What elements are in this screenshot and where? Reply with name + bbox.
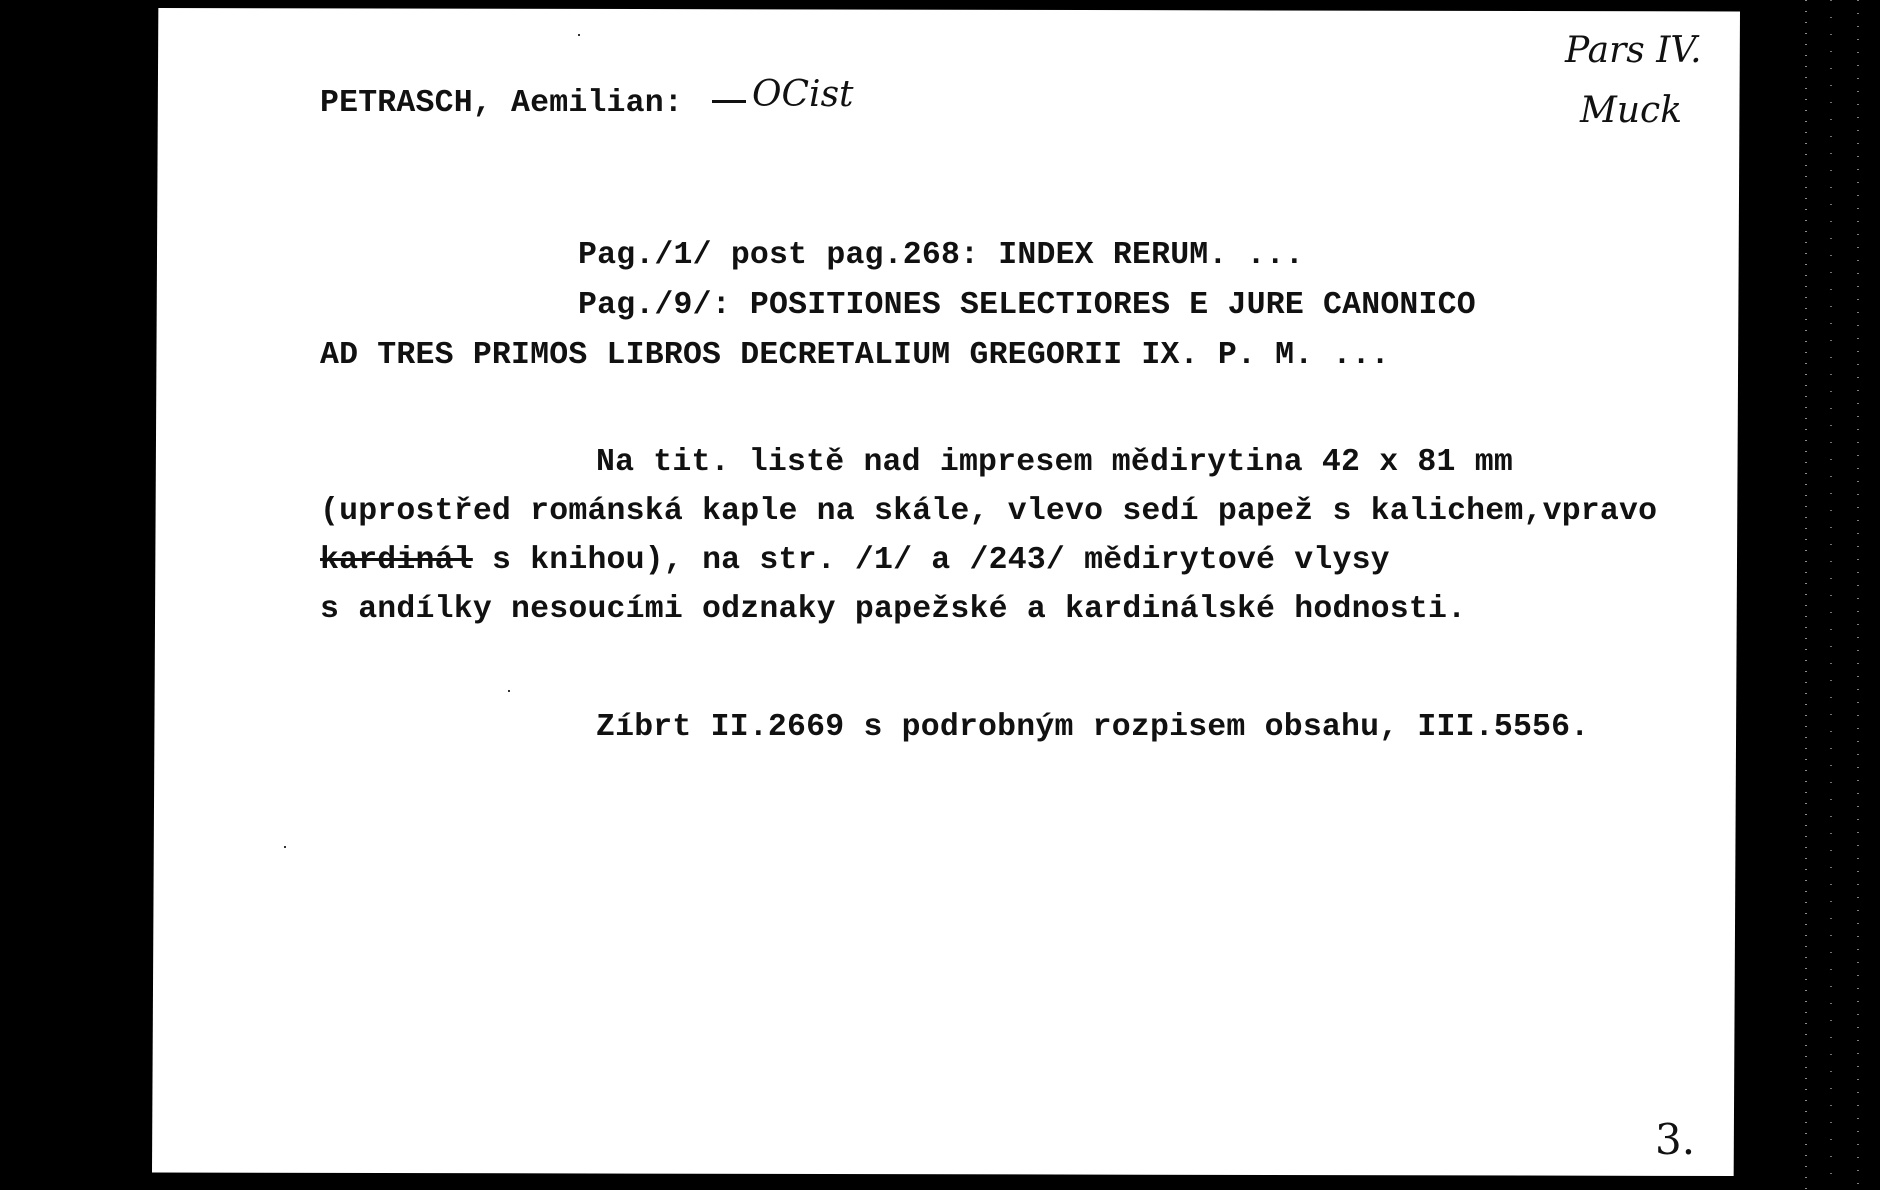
card-line-6: kardinál s knihou), na str. /1/ a /243/ … (320, 545, 1390, 577)
card-line-8-reference: Zíbrt II.2669 s podrobným rozpisem obsah… (596, 712, 1589, 744)
card-line-7: s andílky nesoucími odznaky papežské a k… (320, 594, 1466, 626)
card-line-2: Pag./9/: POSITIONES SELECTIORES E JURE C… (578, 290, 1476, 322)
handwritten-dash (712, 100, 746, 103)
card-line-4: Na tit. listě nad impresem mědirytina 42… (596, 447, 1513, 479)
card-line-5: (uprostřed románská kaple na skále, vlev… (320, 496, 1657, 528)
scanner-margin (1745, 0, 1880, 1190)
scan-speck (284, 846, 286, 848)
scan-speck (508, 690, 510, 692)
card-line-1: Pag./1/ post pag.268: INDEX RERUM. ... (578, 240, 1304, 272)
handwritten-order-annotation: OCist (752, 74, 854, 115)
handwritten-part-note: Pars IV. (1565, 30, 1702, 71)
card-line-3: AD TRES PRIMOS LIBROS DECRETALIUM GREGOR… (320, 340, 1390, 372)
handwritten-name-note: Muck (1580, 90, 1682, 131)
scan-speck (578, 34, 580, 36)
card-number: 3. (1655, 1115, 1695, 1164)
struck-correction: kardinál (320, 543, 473, 578)
card-line-6-text: s knihou), na str. /1/ a /243/ mědirytov… (492, 543, 1390, 578)
card-heading-author: PETRASCH, Aemilian: (320, 88, 683, 120)
